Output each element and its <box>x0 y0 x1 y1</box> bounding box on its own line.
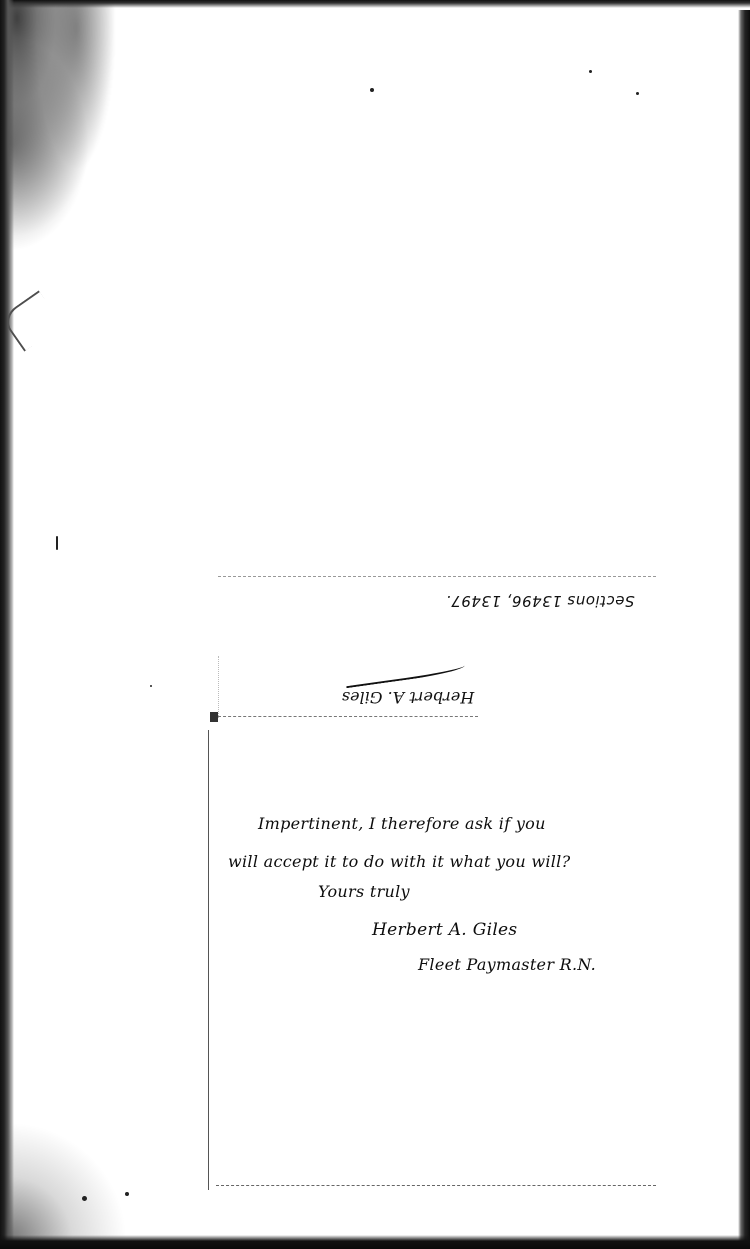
scan-edge-top <box>0 0 750 8</box>
scan-edge-right <box>738 10 750 1249</box>
scan-edge-left <box>0 0 14 1249</box>
speck <box>150 685 152 687</box>
slip-edge <box>218 656 219 718</box>
letter-line: will accept it to do with it what you wi… <box>228 852 570 871</box>
speck <box>589 70 592 73</box>
reference-note: Sections 13496, 13497. <box>440 592 640 610</box>
speck <box>82 1196 87 1201</box>
signer-rank: Fleet Paymaster R.N. <box>418 955 596 974</box>
slip-fold-line <box>218 716 478 717</box>
letter-bottom-edge <box>216 1185 656 1186</box>
letter-signature: Herbert A. Giles <box>372 920 517 940</box>
slip-corner-mark <box>210 712 218 722</box>
speck <box>56 536 58 550</box>
letter-closing: Yours truly <box>318 882 410 901</box>
scan-edge-bottom <box>0 1235 750 1249</box>
speck <box>125 1192 129 1196</box>
speck <box>636 92 639 95</box>
upside-down-signature: Herbert A. Giles <box>338 688 478 707</box>
scan-stain-bottom-left <box>0 1089 160 1249</box>
scanned-page: Sections 13496, 13497. Herbert A. Giles … <box>0 0 750 1249</box>
speck <box>370 88 374 92</box>
letter-line: Impertinent, I therefore ask if you <box>258 814 546 833</box>
